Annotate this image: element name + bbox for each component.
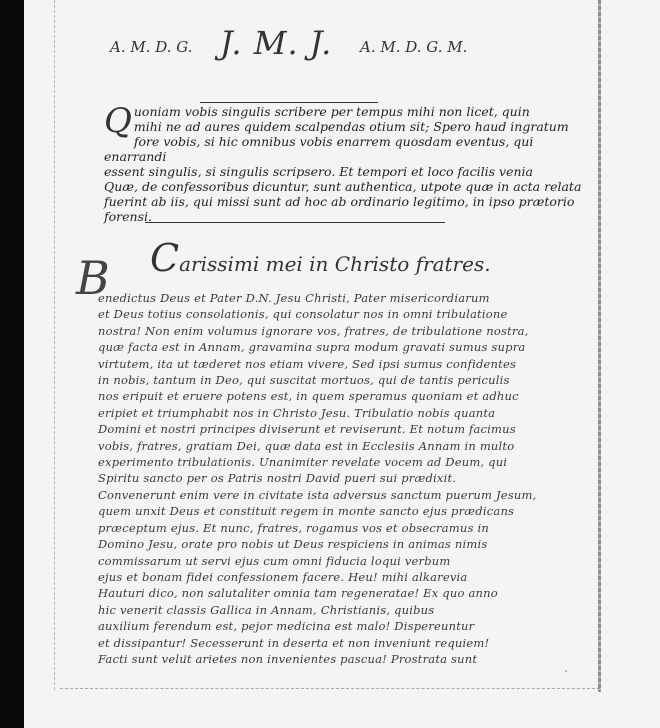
body-line: quem unxit Deus et constituit regem in m… — [98, 503, 598, 519]
page-bottom-border — [60, 688, 600, 689]
body-line: Spiritu sancto per os Patris nostri Davi… — [98, 470, 598, 486]
intro-line: mihi ne ad aures quidem scalpendas otium… — [104, 119, 594, 134]
intro-line: fuerint ab iis, qui missi sunt ad hoc ab… — [104, 194, 594, 224]
body-line: commissarum ut servi ejus cum omni fiduc… — [98, 553, 598, 569]
body-line: auxilium ferendum est, pejor medicina es… — [98, 618, 598, 634]
body-drop-cap: B — [76, 270, 110, 286]
body-line: vobis, fratres, gratiam Dei, quæ data es… — [98, 438, 598, 454]
body-line: quæ facta est in Annam, gravamina supra … — [98, 339, 598, 355]
header-monogram: J. M. J. — [220, 24, 332, 62]
body-line: Hauturi dico, non salutaliter omnia tam … — [98, 585, 598, 601]
body-line: præceptum ejus. Et nunc, fratres, rogamu… — [98, 520, 598, 536]
salutation: Carissimi mei in Christo fratres. — [150, 236, 491, 280]
body-line: eripiet et triumphabit nos in Christo Je… — [98, 405, 598, 421]
body-line: Domino Jesu, orate pro nobis ut Deus res… — [98, 536, 598, 552]
intro-line: uoniam vobis singulis scribere per tempu… — [104, 104, 594, 119]
intro-line: essent singulis, si singulis scripsero. … — [104, 164, 594, 179]
header-left-motto: A. M. D. G. — [110, 38, 193, 56]
body-line: in nobis, tantum in Deo, qui suscitat mo… — [98, 372, 598, 388]
body-line: virtutem, ita ut tæderet nos etiam viver… — [98, 356, 598, 372]
scan-black-margin — [0, 0, 24, 728]
intro-line: fore vobis, si hic omnibus vobis enarrem… — [104, 134, 594, 164]
intro-paragraph: Q uoniam vobis singulis scribere per tem… — [104, 104, 594, 224]
intro-drop-cap: Q — [104, 106, 132, 136]
page-right-border — [598, 0, 601, 692]
salutation-drop-cap: C — [150, 236, 179, 280]
intro-bottom-rule — [145, 222, 445, 223]
body-line: Domini et nostri principes diviserunt et… — [98, 421, 598, 437]
salutation-text: arissimi mei in Christo fratres. — [179, 252, 491, 276]
body-line: enedictus Deus et Pater D.N. Jesu Christ… — [98, 290, 598, 306]
body-line: et dissipantur! Secesserunt in deserta e… — [98, 635, 598, 651]
intro-line: Quæ, de confessoribus dicuntur, sunt aut… — [104, 179, 594, 194]
body-line: hic venerit classis Gallica in Annam, Ch… — [98, 602, 598, 618]
body-line: nos eripuit et eruere potens est, in que… — [98, 388, 598, 404]
body-line: Convenerunt enim vere in civitate ista a… — [98, 487, 598, 503]
body-line: nostra! Non enim volumus ignorare vos, f… — [98, 323, 598, 339]
intro-top-rule — [200, 102, 378, 103]
ink-speck — [221, 660, 223, 662]
document-header: A. M. D. G. J. M. J. A. M. D. G. M. — [110, 24, 510, 84]
body-line: et Deus totius consolationis, qui consol… — [98, 306, 598, 322]
page-left-border — [54, 0, 55, 690]
header-right-motto: A. M. D. G. M. — [360, 38, 467, 56]
letter-body: B enedictus Deus et Pater D.N. Jesu Chri… — [98, 290, 598, 667]
body-line: Facti sunt velut arietes non invenientes… — [98, 651, 598, 667]
body-line: experimento tribulationis. Unanimiter re… — [98, 454, 598, 470]
ink-speck — [565, 670, 567, 672]
body-line: ejus et bonam fidei confessionem facere.… — [98, 569, 598, 585]
ink-speck — [184, 655, 187, 657]
